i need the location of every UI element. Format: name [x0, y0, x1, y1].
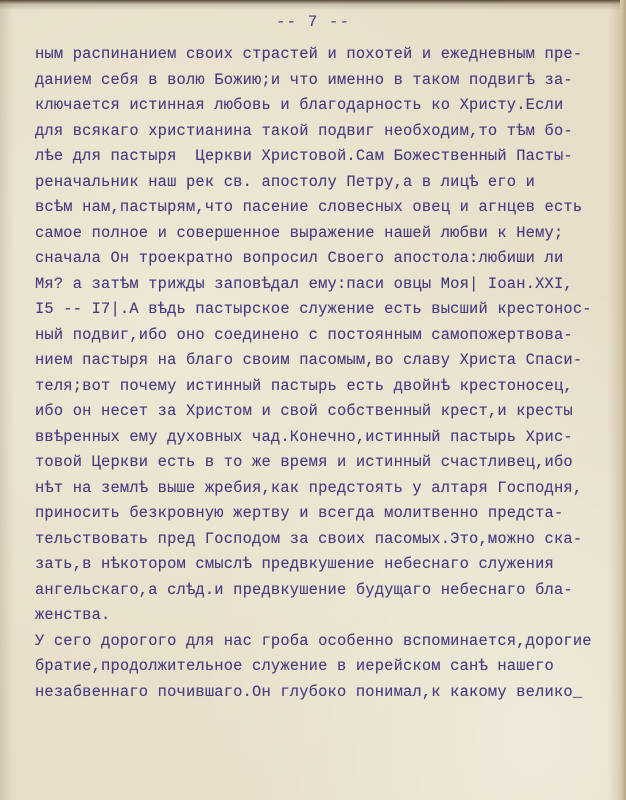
text-line: братие,продолжительное служение в иерейс… — [35, 654, 620, 680]
text-line: тельствовать пред Господом за своих пасо… — [35, 527, 620, 553]
document-page: -- 7 -- ным распинанием своих страстей и… — [0, 0, 626, 800]
text-line: теля;вот почему истинный пастырь есть дв… — [35, 374, 620, 400]
text-line: ибо он несет за Христом и свой собственн… — [35, 399, 620, 425]
text-line: І5 -- І7|.А вѣдь пастырское служение ест… — [35, 297, 620, 323]
text-line: данием себя в волю Божию;и что именно в … — [35, 68, 620, 94]
text-line: для всякаго христианина такой подвиг нео… — [35, 119, 620, 145]
page-edge-shadow — [620, 0, 626, 800]
text-line: ным распинанием своих страстей и похотей… — [35, 42, 620, 68]
text-line: товой Церкви есть в то же время и истинн… — [35, 450, 620, 476]
text-line: Мя? а затѣм трижды заповѣдал ему:паси ов… — [35, 272, 620, 298]
text-line: ключается истинная любовь и благодарност… — [35, 93, 620, 119]
text-line: женства. — [35, 603, 620, 629]
text-line: ввѣренных ему духовных чад.Конечно,истин… — [35, 425, 620, 451]
text-line: самое полное и совершенное выражение наш… — [35, 221, 620, 247]
text-line: всѣм нам,пастырям,что пасение словесных … — [35, 195, 620, 221]
text-line: незабвеннаго почившаго.Он глубоко понима… — [35, 680, 620, 706]
text-line: реначальник наш рек св. апостолу Петру,а… — [35, 170, 620, 196]
text-line: ангельскаго,а слѣд.и предвкушение будуща… — [35, 578, 620, 604]
text-line: приносить безкровную жертву и всегда мол… — [35, 501, 620, 527]
text-line: сначала Он троекратно вопросил Своего ап… — [35, 246, 620, 272]
text-line: лѣе для пастыря Церкви Христовой.Сам Бож… — [35, 144, 620, 170]
typewritten-text-body: ным распинанием своих страстей и похотей… — [35, 42, 620, 705]
text-line: зать,в нѣкотором смыслѣ предвкушение неб… — [35, 552, 620, 578]
text-line: У сего дорогого для нас гроба особенно в… — [35, 629, 620, 655]
text-line: нием пастыря на благо своим пасомым,во с… — [35, 348, 620, 374]
text-line: ный подвиг,ибо оно соединено с постоянны… — [35, 323, 620, 349]
text-line: нѣт на землѣ выше жребия,как предстоять … — [35, 476, 620, 502]
page-number: -- 7 -- — [0, 13, 626, 31]
